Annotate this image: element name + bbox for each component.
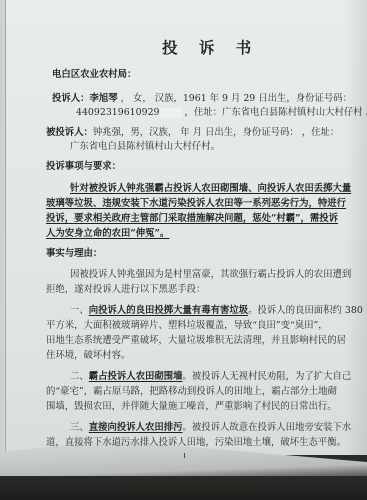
item-1-line-2: 平方米，大面积被玻璃碎片、塑料垃圾覆盖，导致“良田”变“臭田”，: [46, 319, 328, 332]
complainant-name: 李旭琴: [90, 93, 118, 104]
complainant-line: 投诉人：李旭琴 ， 女， 汉族，1961 年 9 月 29 日出生，身份证号码：: [52, 92, 352, 105]
item-2-first-line: 二、霸占投诉人农田砌围墙。被投诉人无视村民劝阻，为了扩大自己: [70, 370, 351, 383]
requests-line-4: 人为安身立命的农田“伸冤”。: [46, 227, 169, 240]
item-3-line-2: 道，直接将下水道污水排入投诉人田地，污染田地土壤，破坏生态平衡。: [46, 436, 346, 449]
requests-heading: 投诉事项与要求：: [46, 160, 121, 173]
complainant-id-line: 44092319610929 ，住址：广东省电白县陈村镇村山大村仔村 。: [76, 106, 367, 119]
requests-line-3: 投诉，要求相关政府主管部门采取措施解决问题，惩处“村霸”，需投诉: [46, 212, 338, 225]
table-surface: [0, 476, 367, 500]
item-3-first-line: 三、直接向投诉人农田排污。被投诉人故意在投诉人田地旁安装下水: [70, 421, 351, 434]
item-1-line-3: 田地生态系统遭受严重破坏，大量垃圾堆积无法清理，并且影响村民的居: [46, 334, 346, 347]
document-title: 投 诉 书: [162, 41, 259, 54]
respondent-details: 钟兆强，男，汉族， 年 月 日出生，身份证号码： ，住址：: [93, 127, 339, 138]
requests-line-2: 玻璃等垃圾、违规安装下水道污染投诉人农田等一系列恶劣行为，特进行: [46, 197, 346, 210]
complainant-id-number: 44092319610929: [76, 107, 160, 118]
item-1-first-line: 一、向投诉人的良田投掷大量有毒有害垃圾。投诉人的良田面积约 380: [70, 304, 363, 317]
complainant-details: ， 女， 汉族，1961 年 9 月 29 日出生，身份证号码：: [118, 93, 352, 104]
item-3-text: 。被投诉人故意在投诉人田地旁安装下水: [183, 422, 352, 433]
complainant-address: ，住址：广东省电白县陈村镇村山大村仔村 。: [182, 107, 367, 118]
item-2-line-2: 的“豪宅”，霸占原马路，把路移动到投诉人的田地上，霸占部分土地砌: [46, 385, 337, 398]
item-2-number: 二、: [70, 371, 89, 382]
requests-line-1: 针对被投诉人钟兆强霸占投诉人农田砌围墙、向投诉人农田丢掷大量: [70, 182, 351, 195]
item-2-text: 。被投诉人无视村民劝阻，为了扩大自己: [183, 371, 352, 382]
facts-intro-line-1: 因被投诉人钟兆强因为是村里富豪，其欲强行霸占投诉人的农田遭到: [70, 268, 351, 281]
item-1-number: 一、: [70, 305, 89, 316]
respondent-line: 被投诉人：钟兆强，男，汉族， 年 月 日出生，身份证号码： ，住址：: [46, 126, 339, 139]
id-redaction-block: [160, 108, 182, 118]
facts-heading: 事实与理由：: [46, 247, 102, 260]
item-3-headline: 直接向投诉人农田排污: [89, 422, 183, 433]
document-photo: 投 诉 书 电白区农业农村局： 投诉人：李旭琴 ， 女， 汉族，1961 年 9…: [0, 0, 367, 500]
item-2-headline: 霸占投诉人农田砌围墙: [89, 371, 183, 382]
facts-intro-line-2: 拒绝，遂对投诉人进行以下黑恶手段：: [46, 283, 205, 296]
item-2-line-3: 围墙，毁损农田，并伴随大量施工噪音，严重影响了村民的日常出行。: [46, 400, 337, 413]
item-1-text: 。投诉人的良田面积约 380: [248, 305, 363, 316]
item-3-number: 三、: [70, 422, 89, 433]
item-1-line-4: 住环境，破坏村容。: [46, 349, 130, 362]
item-1-headline: 向投诉人的良田投掷大量有毒有害垃圾: [89, 305, 248, 316]
respondent-address: 广东省电白县陈村镇村山大村仔村。: [70, 140, 220, 153]
recipient-line: 电白区农业农村局：: [52, 68, 136, 81]
stray-mark: [184, 453, 185, 458]
respondent-label: 被投诉人：: [46, 127, 93, 138]
complainant-label: 投诉人：: [52, 93, 90, 104]
